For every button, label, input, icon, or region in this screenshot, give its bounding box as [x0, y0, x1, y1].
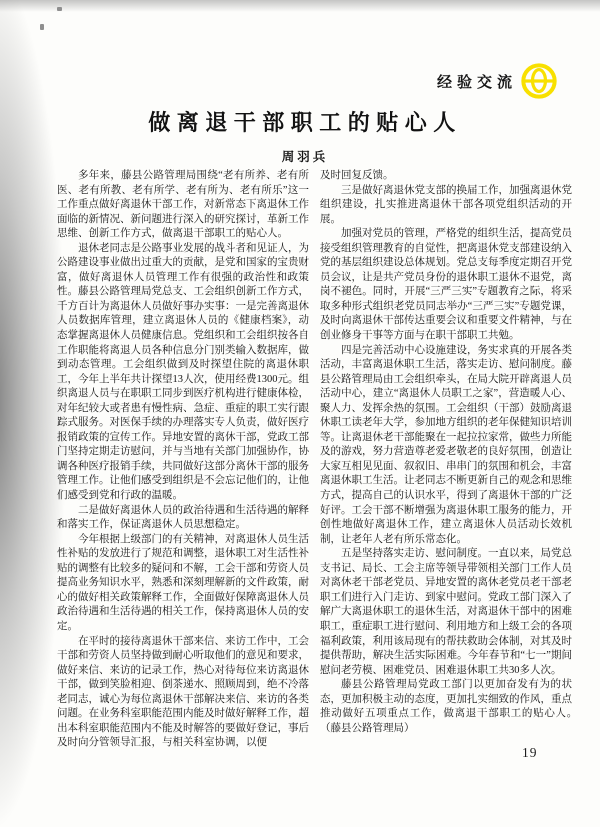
article-paragraph: 及时回复反馈。 — [320, 169, 572, 184]
article-paragraph: 四是完善活动中心设施建设，务实求真的开展各类活动，丰富离退休职工生活，落实走访、… — [320, 344, 572, 548]
section-header: 经验交流 — [437, 62, 558, 100]
page-title: 做离退干部职工的贴心人 — [20, 106, 590, 137]
scan-speck — [57, 7, 62, 11]
article-right-column: 及时回复反馈。三是做好离退休党支部的换届工作，加强离退休党组织建设，扎实推进离退… — [320, 169, 572, 751]
article-paragraph: 今年根据上级部门的有关精神，对离退休人员生活性补贴的发放进行了规范和调整，退休职… — [57, 533, 309, 635]
page-number: 19 — [522, 745, 538, 761]
article-paragraph: 三是做好离退休党支部的换届工作，加强离退休党组织建设，扎实推进离退休干部各项党组… — [320, 184, 572, 228]
article-paragraph: 多年来，藤县公路管理局围绕“老有所养、老有所医、老有所教、老有所学、老有所为、老… — [57, 169, 309, 242]
scanned-document-page: 经验交流 做离退干部职工的贴心人 周羽兵 多年来，藤县公路管理局围绕“老有所养、… — [0, 0, 600, 827]
article-paragraph: 藤县公路管理局党政工部门以更加奋发有为的状态，更加积极主动的态度，更加扎实细致的… — [320, 678, 572, 736]
scan-speck — [40, 24, 44, 30]
article-body: 多年来，藤县公路管理局围绕“老有所养、老有所医、老有所教、老有所学、老有所为、老… — [57, 169, 573, 751]
article-paragraph: 在平时的接待离退休干部来信、来访工作中，工会干部和劳资人员坚持做到耐心听取他们的… — [57, 635, 309, 751]
author-name: 周羽兵 — [20, 147, 590, 165]
trade-union-logo-icon — [520, 62, 558, 100]
article-paragraph: 二是做好离退休人员的政治待遇和生活待遇的解释和落实工作，保证离退休人员思想稳定。 — [57, 504, 309, 533]
article-paragraph: 退休老同志是公路事业发展的战斗者和见证人，为公路建设事业做出过重大的贡献，是党和… — [57, 242, 309, 504]
article-paragraph: 五是坚持落实走访、慰问制度。一直以来，局党总支书记、局长、工会主席等领导带领相关… — [320, 547, 572, 678]
article-left-column: 多年来，藤县公路管理局围绕“老有所养、老有所医、老有所教、老有所学、老有所为、老… — [57, 169, 309, 751]
scan-shadow-top — [0, 0, 600, 12]
section-label: 经验交流 — [437, 71, 517, 92]
article-paragraph: 加强对党员的管理，严格党的组织生活，提高党员接受组织管理教育的自觉性，把离退休党… — [320, 227, 572, 343]
